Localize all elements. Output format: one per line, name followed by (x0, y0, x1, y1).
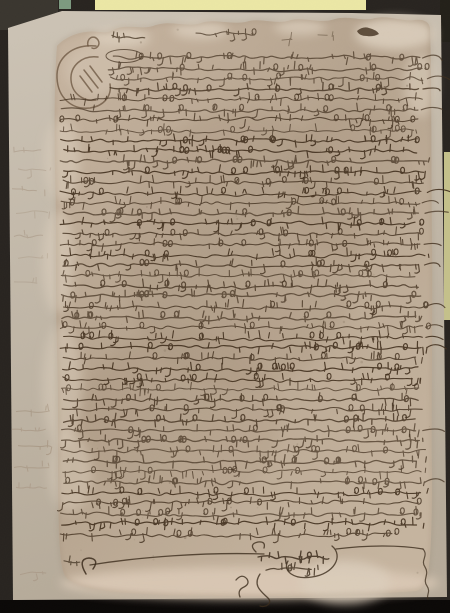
foxing-speck (140, 41, 142, 43)
foxing-speck (186, 366, 187, 367)
foxing-speck (97, 448, 98, 449)
surface-right-shadow (440, 0, 450, 42)
foxing-speck (429, 426, 430, 427)
manuscript-photo (0, 0, 450, 613)
foxing-speck (342, 360, 344, 362)
foxing-speck (157, 407, 159, 409)
foxing-speck (200, 366, 201, 367)
foxing-speck (236, 216, 237, 217)
foxing-speck (320, 150, 322, 152)
foxing-speck (164, 349, 167, 352)
foxing-speck (373, 274, 375, 276)
foxing-speck (165, 284, 167, 286)
foxing-speck (343, 321, 345, 323)
foxing-speck (300, 190, 301, 191)
foxing-speck (121, 324, 122, 325)
foxing-speck (360, 361, 363, 364)
foxing-speck (148, 462, 150, 464)
foxing-speck (184, 537, 187, 540)
foxing-speck (297, 443, 299, 445)
foxing-speck (236, 218, 238, 220)
green-tab (59, 0, 71, 9)
foxing-speck (154, 68, 155, 69)
foxing-speck (348, 150, 350, 152)
foxing-speck (257, 507, 259, 509)
foxing-speck (406, 85, 408, 87)
manuscript-scene (0, 0, 450, 613)
foxing-speck (166, 94, 167, 95)
yellow-paper-sliver (444, 152, 450, 320)
foxing-speck (152, 558, 154, 560)
foxing-speck (417, 572, 419, 574)
foxing-speck (160, 220, 163, 223)
foxing-speck (153, 555, 154, 556)
foxing-speck (107, 158, 108, 159)
foxing-speck (230, 507, 232, 509)
foxing-speck (177, 29, 179, 31)
foxing-speck (321, 355, 322, 356)
foxing-speck (169, 482, 171, 484)
foxing-speck (142, 510, 143, 511)
foxing-speck (142, 517, 143, 518)
foxing-speck (146, 206, 148, 208)
foxing-speck (393, 130, 395, 132)
foxing-speck (231, 440, 233, 442)
foxing-speck (224, 277, 226, 279)
foxing-speck (134, 539, 135, 540)
foxing-speck (138, 285, 140, 287)
foxing-speck (241, 99, 242, 100)
foxing-speck (80, 549, 82, 551)
